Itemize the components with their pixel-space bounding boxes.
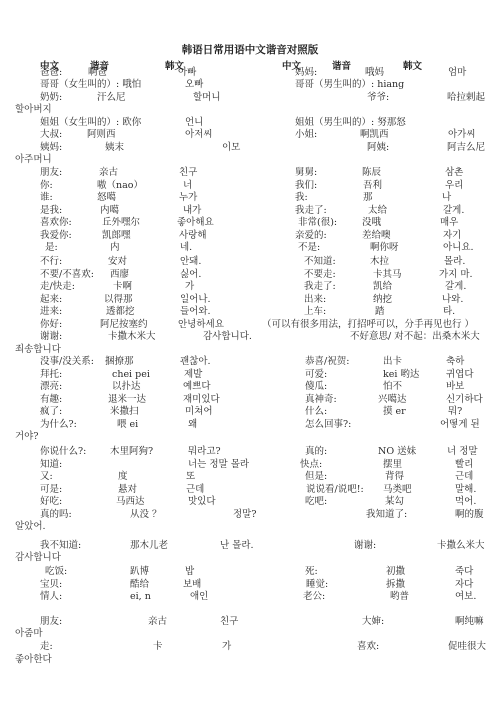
phrase-cell: 갈게. (445, 281, 466, 293)
phrase-cell: 이모 (222, 142, 240, 154)
phrase-cell: 아니요. (443, 242, 474, 254)
phrase-cell: 舅舅: (295, 167, 317, 179)
phrase-cell: 趴博 (130, 566, 149, 578)
phrase-cell: 오빠 (185, 79, 203, 91)
phrase-cell: 我走了: (304, 281, 336, 293)
phrase-cell: 姨末 (105, 142, 124, 154)
phrase-cell: 친구 (220, 616, 238, 628)
phrase-cell: 阿则西 (87, 129, 116, 141)
phrase-cell: 제발 (184, 369, 202, 381)
phrase-cell: 亲古 (99, 167, 118, 179)
phrase-cell: 不知道: (304, 256, 336, 268)
phrase-cell: 酷给 (130, 579, 149, 591)
phrase-cell: 爸爸: (40, 67, 62, 79)
phrase-cell: 快点: (300, 459, 322, 471)
phrase-cell: 너 (183, 180, 192, 192)
phrase-cell: 예쁘다 (183, 381, 211, 393)
phrase-cell: 那木儿老 (130, 540, 168, 552)
phrase-cell: 没哦 (362, 217, 381, 229)
phrase-cell: 可是: (40, 484, 62, 496)
phrase-cell: 친구 (179, 167, 197, 179)
phrase-cell: 睡觉: (306, 579, 328, 591)
phrase-cell: 안돼. (180, 256, 201, 268)
phrase-cell: 姨妈: (40, 142, 62, 154)
phrase-cell: 啊爸 (88, 67, 107, 79)
phrase-cell: 进来: (40, 306, 62, 318)
phrase-cell: 哟普 (390, 591, 409, 603)
phrase-cell: 从没 ？ (130, 509, 162, 521)
wrapped-korean-text: 좋아한다 (15, 654, 52, 666)
phrase-cell: 我不知道: (40, 540, 81, 552)
wrapped-korean-text: 알았어. (15, 521, 46, 533)
document-title: 韩语日常用语中文谐音对照版 (0, 42, 500, 57)
phrase-cell: 马类吧 (383, 484, 412, 496)
phrase-cell: 朋友: (40, 616, 62, 628)
phrase-cell: 네. (180, 242, 192, 254)
phrase-cell: 内噶 (100, 205, 119, 217)
phrase-cell: 재미있다 (183, 394, 220, 406)
phrase-cell: 我知道了: (366, 509, 407, 521)
phrase-cell: 出卡 (383, 356, 402, 368)
wrapped-korean-text: 감사합니다 (15, 552, 61, 564)
phrase-cell: 真的: (305, 446, 327, 458)
phrase-cell: ei, n (130, 591, 151, 603)
phrase-cell: 阿吉么尼 (447, 142, 485, 154)
phrase-cell: 언니 (185, 117, 203, 129)
phrase-cell: 摸 er (383, 406, 406, 418)
phrase-cell: 근데 (455, 471, 473, 483)
phrase-cell: 谁: (40, 192, 53, 204)
phrase-cell: 傻瓜: (305, 381, 327, 393)
phrase-cell: 是: (45, 242, 58, 254)
phrase-cell: 好吃: (40, 496, 62, 508)
phrase-cell: 아가씨 (448, 129, 476, 141)
phrase-cell: 나와. (442, 294, 463, 306)
phrase-cell: 들어와. (180, 306, 211, 318)
phrase-cell: 卡撒木米大 (108, 331, 156, 343)
phrase-cell: 以得那 (104, 294, 133, 306)
phrase-cell: 木拉 (370, 256, 389, 268)
phrase-cell: 啊凯西 (360, 129, 389, 141)
phrase-cell: 보배 (183, 579, 201, 591)
phrase-cell: 那 (363, 192, 373, 204)
phrase-cell: 真神奇: (305, 394, 337, 406)
phrase-cell: 바보 (446, 381, 464, 393)
phrase-cell: 促哇很大 (448, 641, 486, 653)
wrapped-korean-text: 할아버지 (15, 104, 52, 116)
phrase-cell: 内 (110, 242, 120, 254)
phrase-cell: 喜欢: (357, 641, 379, 653)
phrase-cell: 미쳐어 (185, 406, 213, 418)
phrase-cell: 啊你呀 (370, 242, 399, 254)
phrase-cell: 어떻게 된 (440, 419, 480, 431)
phrase-cell: 凯给 (373, 281, 392, 293)
phrase-cell: 사랑해 (179, 230, 207, 242)
phrase-cell: 哦妈 (365, 67, 384, 79)
phrase-cell: 阿姨: (367, 142, 389, 154)
phrase-cell: 왜 (188, 419, 197, 431)
phrase-cell: 吃饭: (45, 566, 67, 578)
phrase-cell: 亲古 (148, 616, 167, 628)
phrase-cell: 자다 (455, 579, 473, 591)
phrase-cell: 什么: (305, 406, 327, 418)
phrase-cell: 大婶: (362, 616, 384, 628)
phrase-cell: 我走了: (295, 205, 327, 217)
phrase-cell: 恭喜/祝贺: (305, 356, 349, 368)
phrase-cell: 情人: (40, 591, 62, 603)
phrase-cell: 不好意思/ 对不起：出桑木米大 (350, 331, 480, 343)
phrase-cell: 신기하다 (446, 394, 483, 406)
phrase-cell: 西廖 (110, 269, 129, 281)
phrase-cell: 근데 (186, 484, 204, 496)
phrase-cell: 밥 (185, 566, 194, 578)
phrase-cell: NO 送妹 (378, 446, 416, 458)
phrase-cell: 나 (442, 192, 451, 204)
phrase-cell: 陈辰 (362, 167, 381, 179)
phrase-cell: 애인 (190, 591, 208, 603)
phrase-cell: 米撒扫 (110, 406, 139, 418)
phrase-cell: 兴噶达 (378, 394, 407, 406)
phrase-cell: 疯了: (40, 406, 62, 418)
phrase-cell: 有趣: (40, 394, 62, 406)
phrase-cell: 你: (40, 180, 53, 192)
phrase-cell: 又: (40, 471, 53, 483)
phrase-cell: 또 (186, 471, 195, 483)
phrase-cell: 不要走: (304, 269, 336, 281)
phrase-cell: 괜찮아. (180, 356, 211, 368)
phrase-cell: 아빠 (178, 67, 196, 79)
phrase-cell: 喜欢你: (40, 217, 72, 229)
phrase-cell: 起来: (40, 294, 62, 306)
phrase-cell: 初撒 (386, 566, 405, 578)
phrase-cell: 不是: (298, 242, 320, 254)
phrase-cell: 是我: (40, 205, 62, 217)
phrase-cell: 몰라. (444, 256, 465, 268)
phrase-cell: （可以有很多用法，打招呼可以，分手再见也行 ） (262, 319, 474, 331)
phrase-cell: 卡啊 (113, 281, 132, 293)
phrase-cell: 매우 (440, 217, 458, 229)
phrase-cell: 가지 마. (439, 269, 473, 281)
phrase-cell: 할머니 (193, 92, 221, 104)
wrapped-korean-text: 거야? (15, 431, 38, 443)
phrase-cell: 太给 (368, 205, 387, 217)
phrase-cell: 退米一达 (108, 394, 146, 406)
phrase-cell: 가 (222, 641, 231, 653)
phrase-cell: 죽다 (455, 566, 473, 578)
phrase-cell: 맛있다 (188, 496, 216, 508)
phrase-cell: 怒噶 (97, 192, 116, 204)
phrase-cell: 老公: (303, 591, 325, 603)
phrase-cell: 死: (305, 566, 318, 578)
phrase-cell: 摆里 (383, 459, 402, 471)
phrase-cell: 뭐? (448, 406, 462, 418)
phrase-cell: 嗷（nao） (97, 180, 143, 192)
phrase-cell: 吾利 (363, 180, 382, 192)
phrase-cell: 没事/没关系: (40, 356, 94, 368)
phrase-cell: 谢谢: (354, 540, 376, 552)
phrase-cell: 走/快走: (40, 281, 75, 293)
phrase-cell: 말해. (455, 484, 476, 496)
phrase-cell: 빨리 (455, 459, 473, 471)
header-korean-right: 韩文 (403, 58, 422, 72)
phrase-cell: 拆撒 (386, 579, 405, 591)
phrase-cell: 凯郎嘿 (102, 230, 131, 242)
phrase-cell: 安对 (108, 256, 127, 268)
phrase-cell: 木里阿狗? (110, 446, 153, 458)
phrase-cell: 真的吗: (40, 509, 72, 521)
phrase-cell: 踏 (375, 306, 385, 318)
phrase-cell: 喂 ei (117, 419, 138, 431)
wrapped-korean-text: 죄송합니다 (15, 344, 61, 356)
phrase-cell: 宝贝: (40, 579, 62, 591)
phrase-cell: 朋友: (40, 167, 62, 179)
phrase-cell: 怎么回事?: (305, 419, 351, 431)
phrase-cell: 卡其马 (373, 269, 402, 281)
header-pronunciation-right: 谐音 (332, 58, 351, 72)
phrase-cell: 纳挖 (373, 294, 392, 306)
phrase-cell: 먹어. (455, 496, 476, 508)
phrase-cell: 你好: (40, 319, 62, 331)
phrase-cell: 不要/不喜欢: (40, 269, 94, 281)
phrase-cell: 拜托: (40, 369, 62, 381)
phrase-cell: kei 哟达 (383, 369, 419, 381)
phrase-cell: 我爱你: (40, 230, 72, 242)
phrase-cell: 度 (118, 471, 128, 483)
phrase-cell: 姐姐（男生叫的）: 努那怒 (295, 117, 406, 129)
phrase-cell: 以扑达 (112, 381, 141, 393)
phrase-cell: 좋아해요 (177, 217, 214, 229)
phrase-cell: 谢谢: (40, 331, 62, 343)
phrase-cell: 가 (185, 281, 194, 293)
phrase-cell: 갈게. (443, 205, 464, 217)
phrase-cell: 我: (295, 192, 308, 204)
phrase-cell: 丘外嘿尔 (102, 217, 140, 229)
phrase-cell: 난 몰라. (220, 540, 254, 552)
phrase-cell: 감사합니다. (203, 331, 252, 343)
phrase-cell: 아저씨 (185, 129, 213, 141)
phrase-cell: 哈拉剌起 (447, 92, 485, 104)
phrase-cell: 삼촌 (445, 167, 463, 179)
phrase-cell: 漂亮: (40, 381, 62, 393)
phrase-cell: 안녕하세요 (178, 319, 224, 331)
phrase-cell: 捆撩那 (105, 356, 134, 368)
phrase-cell: 我们: (295, 180, 317, 192)
phrase-cell: 马西达 (116, 496, 145, 508)
phrase-cell: 姐姐（女生叫的）: 欧你 (40, 117, 141, 129)
wrapped-korean-text: 아주머니 (15, 154, 52, 166)
phrase-cell: 너는 정말 몰라 (188, 459, 249, 471)
phrase-cell: 爷爷: (367, 92, 389, 104)
phrase-cell: 타. (443, 306, 455, 318)
wrapped-korean-text: 아줌마 (15, 628, 43, 640)
phrase-cell: 非常(很): (298, 217, 337, 229)
phrase-cell: 说说看/说吧!: (306, 484, 364, 496)
phrase-cell: 卡 (153, 641, 163, 653)
phrase-cell: 大叔: (40, 129, 62, 141)
phrase-cell: 怕不 (383, 381, 402, 393)
phrase-cell: 정말? (233, 509, 256, 521)
phrase-cell: 奶奶: (40, 92, 62, 104)
phrase-cell: 우리 (445, 180, 463, 192)
phrase-cell: 너 정말 (447, 446, 478, 458)
phrase-cell: 不行: (40, 256, 62, 268)
phrase-cell: 啊的腹 (455, 509, 484, 521)
phrase-cell: 差给噢 (362, 230, 391, 242)
phrase-cell: 누가 (179, 192, 197, 204)
phrase-cell: 知道: (40, 459, 62, 471)
phrase-cell: 某勾 (385, 496, 404, 508)
phrase-cell: 汗么尼 (97, 92, 126, 104)
phrase-cell: 엄마 (448, 67, 466, 79)
phrase-cell: 透都挖 (106, 306, 135, 318)
phrase-cell: 出来: (304, 294, 326, 306)
phrase-cell: 뭐라고? (188, 446, 221, 458)
phrase-cell: 走: (40, 641, 53, 653)
phrase-cell: 阿尼按塞约 (100, 319, 148, 331)
phrase-cell: 여보. (455, 591, 476, 603)
phrase-cell: 啊纯嘛 (455, 616, 484, 628)
phrase-cell: 哥哥（男生叫的）: hiang (295, 79, 404, 91)
phrase-cell: 上车: (304, 306, 326, 318)
phrase-cell: 일어나. (180, 294, 211, 306)
phrase-cell: 妈妈: (295, 67, 317, 79)
phrase-cell: 哥哥（女生叫的）: 哦怕 (40, 79, 141, 91)
phrase-cell: 내가 (183, 205, 201, 217)
phrase-cell: 为什么?: (40, 419, 77, 431)
phrase-cell: 축하 (446, 356, 464, 368)
phrase-cell: 悬对 (118, 484, 137, 496)
phrase-cell: 吃吧: (305, 496, 327, 508)
phrase-cell: 亲爱的: (295, 230, 327, 242)
phrase-cell: 卡撒么米大 (437, 540, 485, 552)
phrase-cell: 可爱: (305, 369, 327, 381)
phrase-cell: 小姐: (295, 129, 317, 141)
phrase-cell: 你说什么?: (40, 446, 86, 458)
phrase-cell: 但是: (305, 471, 327, 483)
phrase-cell: chei pei (112, 369, 150, 381)
phrase-cell: 자기 (443, 230, 461, 242)
phrase-cell: 背得 (385, 471, 404, 483)
phrase-cell: 싫어. (180, 269, 201, 281)
phrase-cell: 귀엽다 (446, 369, 474, 381)
